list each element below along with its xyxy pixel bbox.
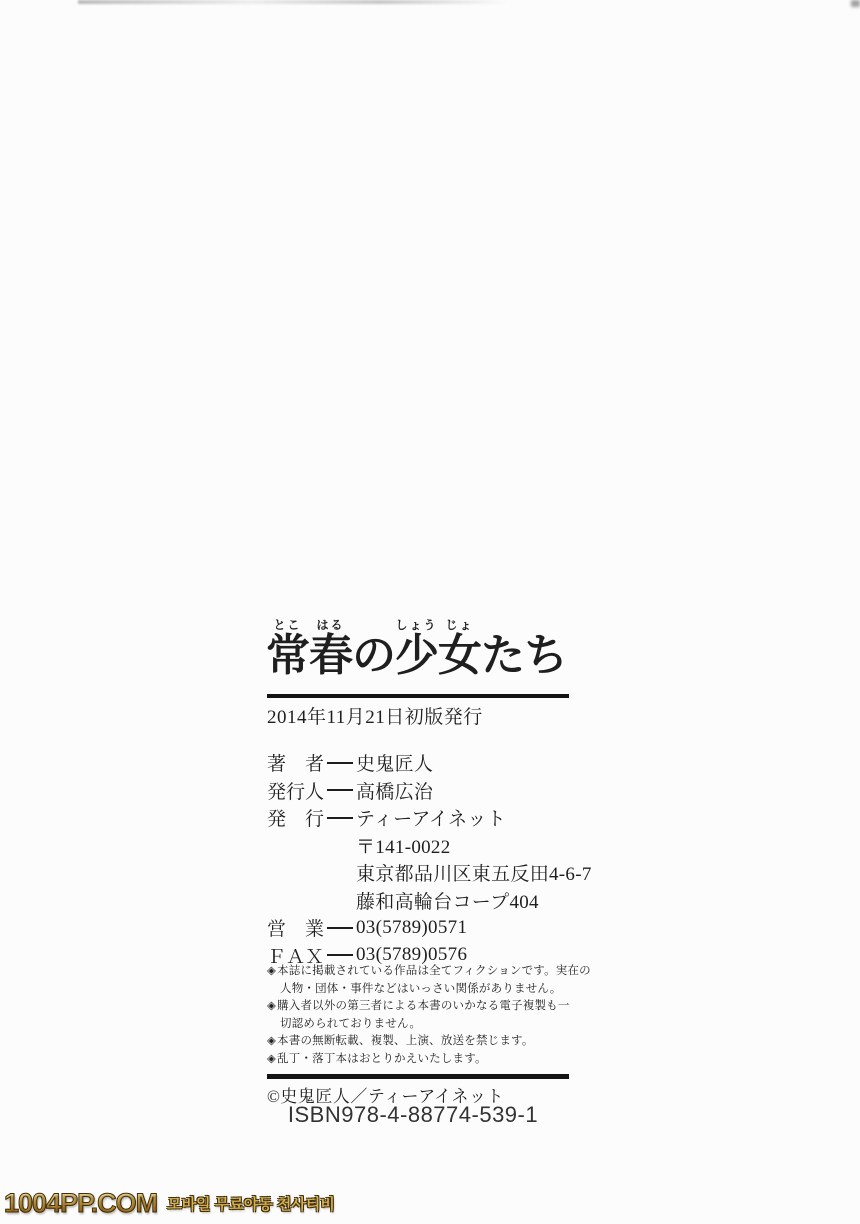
row-value: 史鬼匠人 [356, 749, 433, 776]
row-spacer [326, 887, 356, 915]
diamond-bullet-icon: ◈ [267, 1035, 276, 1047]
row-value: 高橋広治 [356, 777, 433, 804]
title-segment: 春はる [309, 631, 352, 680]
scan-artifact-top-right-corner [851, 0, 860, 7]
colophon-row-postal-code: 〒141-0022 [267, 832, 573, 860]
footer-divider-rule [267, 1074, 569, 1079]
row-label: 発行人 [267, 777, 326, 804]
row-label: 著 者 [267, 749, 326, 776]
row-value: 03(5789)0571 [356, 917, 467, 939]
row-spacer [326, 859, 356, 887]
book-title: 常とこ春はるの少しょう女じょたち [266, 618, 572, 680]
watermark-korean-tagline: 모바일 무료야동 천사티비 [167, 1196, 335, 1217]
notice-item: ◈乱丁・落丁本はおとりかえいたします。 [267, 1051, 575, 1069]
edition-date-line: 2014年11月21日初版発行 [267, 702, 483, 729]
colophon-row-author: 著 者 史鬼匠人 [267, 749, 573, 777]
title-segment: の [352, 631, 395, 680]
title-segment: たち [481, 631, 567, 680]
row-value: ティーアイネット [356, 804, 506, 831]
label-dash [326, 749, 356, 777]
notice-item: ◈本誌に掲載されている作品は全てフィクションです。実在の 人物・団体・事件などは… [267, 963, 575, 998]
furigana: しょう [395, 618, 438, 632]
colophon-row-publisher: 発 行 ティーアイネット [267, 804, 573, 832]
isbn-number: ISBN978-4-88774-539-1 [288, 1102, 538, 1128]
diamond-bullet-icon: ◈ [267, 965, 276, 977]
label-dash [326, 777, 356, 805]
notice-line: ◈本書の無断転載、複製、上演、放送を禁じます。 [267, 1033, 575, 1051]
title-divider-rule [267, 694, 569, 698]
notice-line: ◈本誌に掲載されている作品は全てフィクションです。実在の [267, 963, 575, 981]
colophon-row-address-1: 東京都品川区東五反田4-6-7 [267, 859, 573, 887]
row-label: 発 行 [267, 804, 326, 831]
notice-line: ◈購入者以外の第三者による本書のいかなる電子複製も一 [267, 998, 575, 1016]
legal-notices: ◈本誌に掲載されている作品は全てフィクションです。実在の 人物・団体・事件などは… [267, 963, 575, 1068]
row-spacer [326, 832, 356, 860]
notice-item: ◈購入者以外の第三者による本書のいかなる電子複製も一 切認められておりません。 [267, 998, 575, 1033]
label-dash [326, 914, 356, 942]
title-segment: 女じょ [438, 631, 481, 680]
colophon-row-address-2: 藤和高輪台コープ404 [267, 887, 573, 915]
notice-line: 人物・団体・事件などはいっさい関係がありません。 [267, 981, 575, 999]
scanned-colophon-page: 常とこ春はるの少しょう女じょたち 2014年11月21日初版発行 著 者 史鬼匠… [0, 0, 860, 1224]
colophon-row-sales-phone: 営 業 03(5789)0571 [267, 914, 573, 942]
scan-artifact-top-edge [78, 0, 508, 4]
furigana: じょ [438, 618, 481, 632]
row-value: 藤和高輪台コープ404 [356, 887, 539, 914]
colophon-row-publisher-person: 発行人 高橋広治 [267, 777, 573, 805]
label-dash [326, 804, 356, 832]
row-label: 営 業 [267, 914, 326, 941]
row-value: 〒141-0022 [356, 832, 451, 859]
diamond-bullet-icon: ◈ [267, 1000, 276, 1012]
diamond-bullet-icon: ◈ [267, 1053, 276, 1065]
notice-item: ◈本書の無断転載、複製、上演、放送を禁じます。 [267, 1033, 575, 1051]
watermark: 1004PP.COM 모바일 무료야동 천사티비 [4, 1190, 335, 1217]
furigana: とこ [266, 618, 309, 632]
title-segment: 少しょう [395, 631, 438, 680]
notice-line: ◈乱丁・落丁本はおとりかえいたします。 [267, 1051, 575, 1069]
title-segment: 常とこ [266, 631, 309, 680]
row-value: 東京都品川区東五反田4-6-7 [356, 859, 592, 886]
watermark-site-logo: 1004PP.COM [4, 1190, 157, 1217]
furigana: はる [309, 618, 352, 632]
colophon-table: 著 者 史鬼匠人 発行人 高橋広治 発 行 ティーアイネット 〒141-0022… [267, 749, 573, 969]
notice-line: 切認められておりません。 [267, 1016, 575, 1034]
